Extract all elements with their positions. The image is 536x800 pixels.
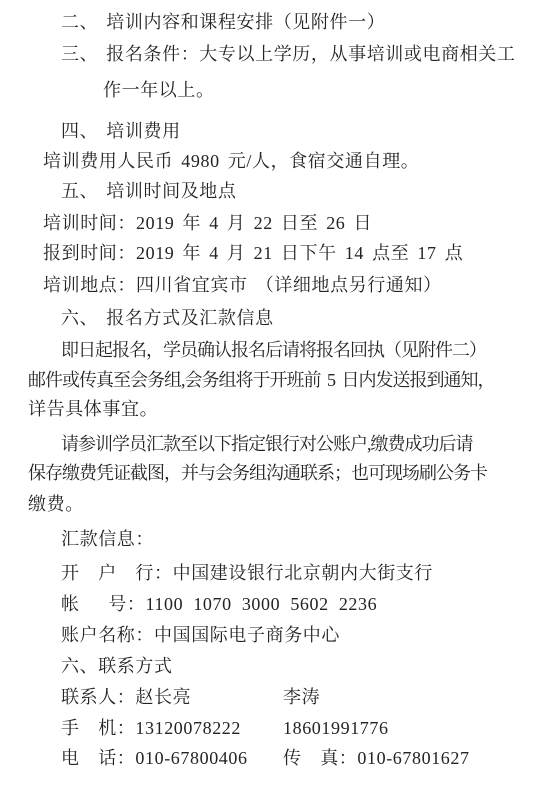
line-text: 请参训学员汇款至以下指定银行对公账户,缴费成功后请 — [61, 433, 473, 455]
line-text: 账户名称：中国国际电子商务中心 — [61, 624, 340, 646]
line-text: 五、 培训时间及地点 — [61, 180, 237, 202]
phone-number: 电 话：010-67800406 — [61, 747, 248, 769]
checkin-time-line: 报到时间：2019 年 4 月 21 日下午 14 点至 17 点 — [43, 242, 463, 264]
line-text: 汇款信息： — [61, 528, 154, 550]
section-2-heading: 二、 培训内容和课程安排（见附件一） — [61, 11, 385, 33]
contact-section-heading: 六、联系方式 — [61, 655, 173, 677]
payment-para-line-1: 请参训学员汇款至以下指定银行对公账户,缴费成功后请 — [61, 433, 473, 455]
line-text: 邮件或传真至会务组,会务组将于开班前 5 日内发送报到通知， — [28, 369, 495, 391]
section-4-heading: 四、 培训费用 — [61, 120, 181, 142]
mobile-line: 手 机：1312007822218601991776 — [61, 717, 241, 739]
payment-para-line-2: 保存缴费凭证截图，并与会务组沟通联系；也可现场刷公务卡 — [28, 462, 487, 484]
line-text: 作一年以上。 — [103, 79, 215, 101]
line-text: 即日起报名，学员确认报名后请将报名回执（见附件二） — [61, 339, 486, 361]
location-line: 培训地点：四川省宜宾市 （详细地点另行通知） — [43, 274, 442, 296]
payment-para-line-3: 缴费。 — [28, 493, 84, 515]
mobile-number-2: 18601991776 — [283, 717, 389, 739]
mobile-number-1: 手 机：13120078222 — [61, 717, 241, 739]
phone-fax-line: 电 话：010-67800406传 真：010-67801627 — [61, 747, 248, 769]
line-text: 详告具体事宜。 — [28, 398, 158, 420]
line-text: 四、 培训费用 — [61, 120, 181, 142]
line-text: 帐 号：1100 1070 3000 5602 2236 — [61, 593, 377, 615]
section-3-continuation: 作一年以上。 — [103, 79, 215, 101]
line-text: 六、联系方式 — [61, 655, 173, 677]
account-number-line: 帐 号：1100 1070 3000 5602 2236 — [61, 593, 377, 615]
contact-person-line: 联系人：赵长亮李涛 — [61, 686, 191, 708]
line-text: 缴费。 — [28, 493, 84, 515]
account-name-line: 账户名称：中国国际电子商务中心 — [61, 624, 340, 646]
line-text: 二、 培训内容和课程安排（见附件一） — [61, 11, 385, 33]
line-text: 报到时间：2019 年 4 月 21 日下午 14 点至 17 点 — [43, 242, 463, 264]
registration-para-line-2: 邮件或传真至会务组,会务组将于开班前 5 日内发送报到通知， — [28, 369, 495, 391]
contact-person-2: 李涛 — [283, 686, 320, 708]
line-text: 六、 报名方式及汇款信息 — [61, 307, 274, 329]
registration-para-line-3: 详告具体事宜。 — [28, 398, 158, 420]
document-page: 二、 培训内容和课程安排（见附件一） 三、 报名条件：大专以上学历，从事培训或电… — [0, 0, 536, 800]
line-text: 培训费用人民币 4980 元/人，食宿交通自理。 — [43, 150, 419, 172]
fee-line: 培训费用人民币 4980 元/人，食宿交通自理。 — [43, 150, 419, 172]
registration-para-line-1: 即日起报名，学员确认报名后请将报名回执（见附件二） — [61, 339, 486, 361]
bank-name-line: 开 户 行：中国建设银行北京朝内大街支行 — [61, 562, 433, 584]
line-text: 培训时间：2019 年 4 月 22 日至 26 日 — [43, 212, 372, 234]
training-time-line: 培训时间：2019 年 4 月 22 日至 26 日 — [43, 212, 372, 234]
line-text: 培训地点：四川省宜宾市 （详细地点另行通知） — [43, 274, 442, 296]
fax-number: 传 真：010-67801627 — [283, 747, 470, 769]
line-text: 三、 报名条件：大专以上学历，从事培训或电商相关工 — [61, 43, 516, 65]
contact-person-1: 联系人：赵长亮 — [61, 686, 191, 708]
section-3-heading: 三、 报名条件：大专以上学历，从事培训或电商相关工 — [61, 43, 516, 65]
line-text: 开 户 行：中国建设银行北京朝内大街支行 — [61, 562, 433, 584]
line-text: 保存缴费凭证截图，并与会务组沟通联系；也可现场刷公务卡 — [28, 462, 487, 484]
section-5-heading: 五、 培训时间及地点 — [61, 180, 237, 202]
section-6-heading: 六、 报名方式及汇款信息 — [61, 307, 274, 329]
remittance-info-label: 汇款信息： — [61, 528, 154, 550]
